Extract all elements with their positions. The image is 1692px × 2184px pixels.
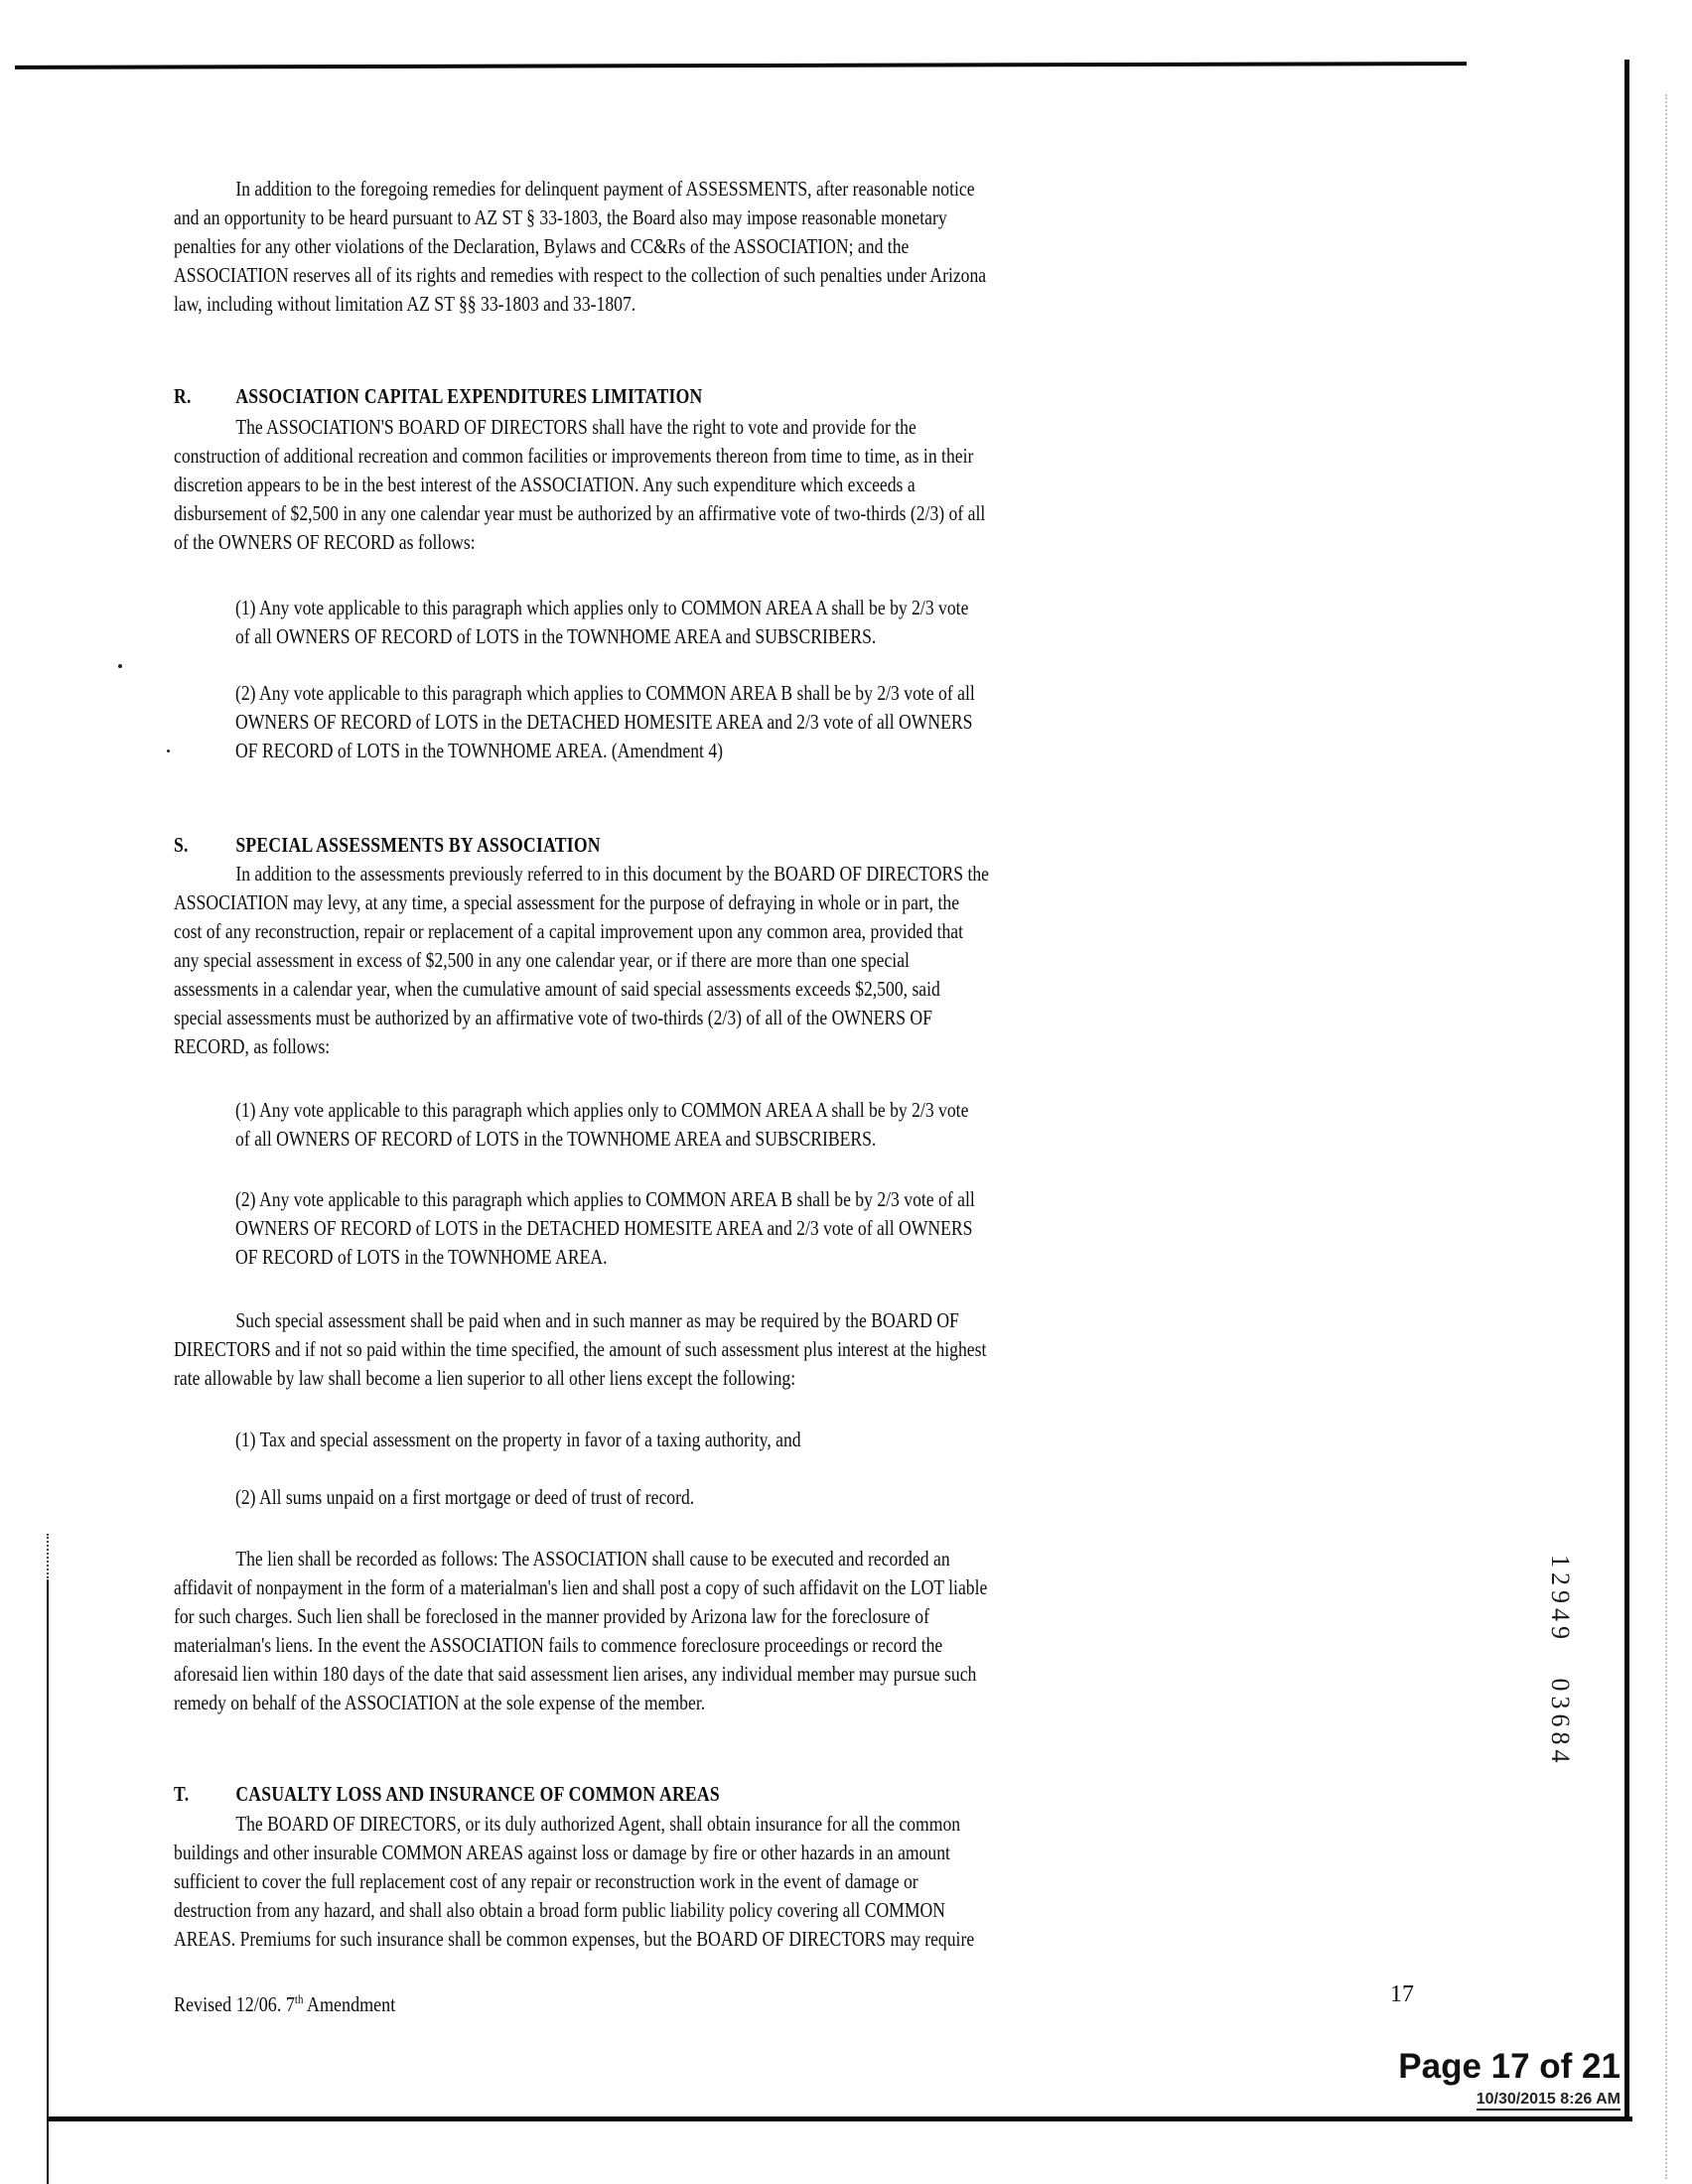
section-r-item-2: (2) Any vote applicable to this paragrap…: [235, 679, 1098, 765]
section-t-title: CASUALTY LOSS AND INSURANCE OF COMMON AR…: [235, 1782, 720, 1806]
footer-revision-note: Revised 12/06. 7th Amendment: [174, 1991, 395, 2017]
section-r-heading: R.ASSOCIATION CAPITAL EXPENDITURES LIMIT…: [174, 353, 1085, 411]
section-r-title: ASSOCIATION CAPITAL EXPENDITURES LIMITAT…: [235, 384, 702, 408]
section-s-heading: S.SPECIAL ASSESSMENTS BY ASSOCIATION: [174, 802, 1085, 860]
section-s-letter: S.: [174, 831, 235, 860]
left-edge-line: [47, 1580, 49, 2184]
recorder-stamp: 12949 03684: [1545, 1555, 1575, 1768]
footer-revision-suffix: Amendment: [303, 1992, 395, 2016]
section-s-title: SPECIAL ASSESSMENTS BY ASSOCIATION: [235, 833, 600, 857]
special-payment-paragraph: Such special assessment shall be paid wh…: [174, 1306, 1085, 1393]
section-t-paragraph: The BOARD OF DIRECTORS, or its duly auth…: [174, 1810, 1085, 1954]
section-s-paragraph: In addition to the assessments previousl…: [174, 860, 1085, 1061]
lien-priority-item-1: (1) Tax and special assessment on the pr…: [235, 1426, 1098, 1454]
section-t-letter: T.: [174, 1780, 235, 1809]
document-page: In addition to the foregoing remedies fo…: [0, 0, 1692, 2184]
intro-paragraph: In addition to the foregoing remedies fo…: [174, 175, 1085, 319]
left-edge-dotted-line: [47, 1534, 49, 1581]
scan-speck: [118, 664, 122, 668]
footer-revision-prefix: Revised 12/06. 7: [174, 1992, 295, 2016]
right-border-line: [1624, 60, 1629, 2121]
print-timestamp-text: 10/30/2015 8:26 AM: [1477, 2091, 1621, 2111]
lien-priority-item-2: (2) All sums unpaid on a first mortgage …: [235, 1483, 1098, 1512]
bottom-rule: [48, 2116, 1632, 2121]
section-r-paragraph: The ASSOCIATION'S BOARD OF DIRECTORS sha…: [174, 413, 1085, 557]
section-r-letter: R.: [174, 382, 235, 411]
page-count-label: Page 17 of 21: [1092, 2047, 1621, 2087]
section-s-item-1: (1) Any vote applicable to this paragrap…: [235, 1096, 1098, 1154]
section-r-item-1: (1) Any vote applicable to this paragrap…: [235, 594, 1098, 651]
right-dotted-line: [1665, 94, 1667, 2179]
footer-revision-superscript: th: [295, 1991, 304, 2006]
top-rule: [15, 62, 1467, 69]
scan-speck: [167, 750, 170, 752]
lien-recording-paragraph: The lien shall be recorded as follows: T…: [174, 1545, 1085, 1717]
print-timestamp: 10/30/2015 8:26 AM: [1092, 2091, 1621, 2109]
section-s-item-2: (2) Any vote applicable to this paragrap…: [235, 1185, 1098, 1272]
page-number: 17: [1390, 1981, 1414, 2008]
section-t-heading: T.CASUALTY LOSS AND INSURANCE OF COMMON …: [174, 1751, 1085, 1809]
